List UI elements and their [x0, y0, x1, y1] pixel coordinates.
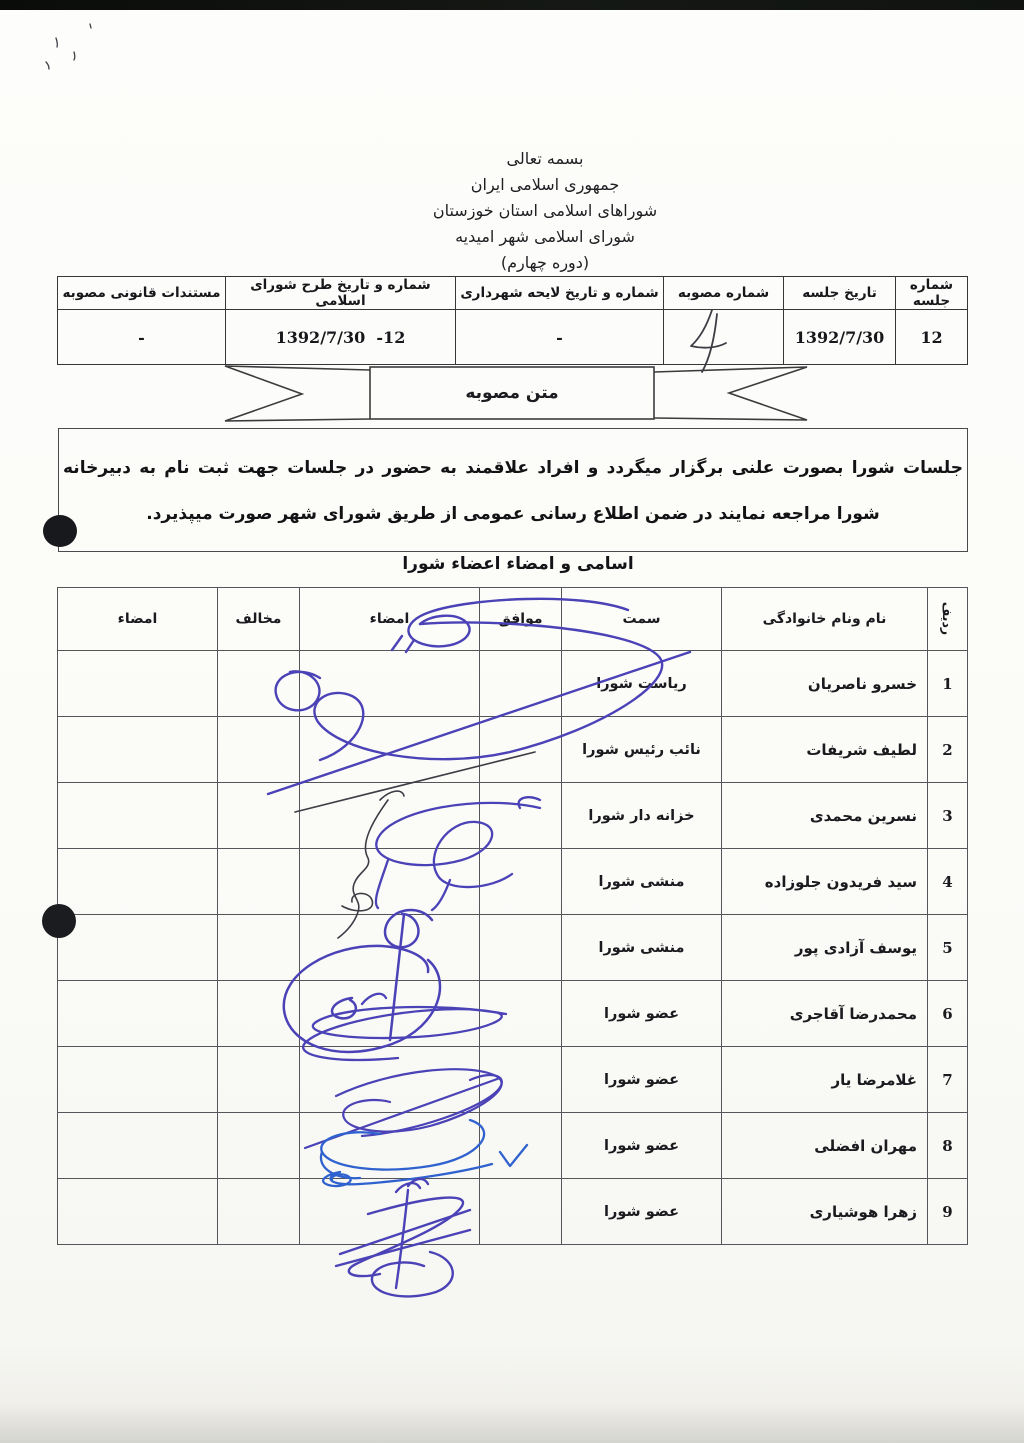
document-header: بسمه تعالی جمهوری اسلامی ایران شوراهای ا… — [433, 146, 657, 276]
agree-cell — [480, 1113, 562, 1179]
signature-cell — [300, 1179, 480, 1245]
col-header-role: سمت — [562, 588, 722, 651]
members-table: ردیف نام ونام خانوادگی سمت موافق امضاء م… — [57, 587, 968, 1245]
signature-cell-2 — [58, 1113, 218, 1179]
oppose-cell — [218, 915, 300, 981]
signature-cell-2 — [58, 651, 218, 717]
agree-cell — [480, 651, 562, 717]
header-bismillah: بسمه تعالی — [433, 146, 657, 172]
member-role: خزانه دار شورا — [562, 783, 722, 849]
member-name: لطیف شریفات — [722, 717, 928, 783]
oppose-cell — [218, 651, 300, 717]
ribbon-right-tail — [654, 367, 807, 420]
members-section-title: اسامی و امضاء اعضاء شورا — [402, 554, 633, 574]
signature-cell-2 — [58, 849, 218, 915]
signature-cell-2 — [58, 915, 218, 981]
oppose-cell — [218, 717, 300, 783]
meta-header-municipality-bill: شماره و تاریخ لایحه شهرداری — [456, 277, 664, 310]
signature-cell — [300, 717, 480, 783]
signature-cell-2 — [58, 1047, 218, 1113]
signature-cell — [300, 651, 480, 717]
meta-header-legal-docs: مستندات قانونی مصوبه — [58, 277, 226, 310]
agree-cell — [480, 981, 562, 1047]
oppose-cell — [218, 1047, 300, 1113]
resolution-text: جلسات شورا بصورت علنی برگزار میگردد و اف… — [59, 429, 967, 537]
member-name: نسرین محمدی — [722, 783, 928, 849]
meta-value-row: 12 1392/7/30 - 1392/7/30 -12 - — [58, 310, 968, 365]
oppose-cell — [218, 1113, 300, 1179]
row-number: 2 — [928, 717, 968, 783]
row-number: 4 — [928, 849, 968, 915]
col-header-signature: امضاء — [300, 588, 480, 651]
agree-cell — [480, 849, 562, 915]
signature-cell-2 — [58, 783, 218, 849]
signature-cell-2 — [58, 717, 218, 783]
agree-cell — [480, 783, 562, 849]
header-province-councils: شوراهای اسلامی استان خوزستان — [433, 198, 657, 224]
member-role: ریاست شورا — [562, 651, 722, 717]
oppose-cell — [218, 783, 300, 849]
meta-header-session-date: تاریخ جلسه — [784, 277, 896, 310]
banner-title: متن مصوبه — [370, 368, 654, 418]
resolution-text-box: جلسات شورا بصورت علنی برگزار میگردد و اف… — [58, 428, 968, 552]
signature-cell — [300, 783, 480, 849]
col-header-row-no: ردیف — [928, 588, 968, 651]
member-name: یوسف آزادی پور — [722, 915, 928, 981]
meta-header-resolution-no: شماره مصوبه — [664, 277, 784, 310]
member-row-9: 9 زهرا هوشیاری عضو شورا — [58, 1179, 968, 1245]
col-header-signature-2: امضاء — [58, 588, 218, 651]
row-number: 7 — [928, 1047, 968, 1113]
member-role: منشی شورا — [562, 915, 722, 981]
meta-header-row: شماره جلسه تاریخ جلسه شماره مصوبه شماره … — [58, 277, 968, 310]
header-country: جمهوری اسلامی ایران — [433, 172, 657, 198]
member-name: زهرا هوشیاری — [722, 1179, 928, 1245]
member-row-8: 8 مهران افضلی عضو شورا — [58, 1113, 968, 1179]
member-row-4: 4 سید فریدون جلوزاده منشی شورا — [58, 849, 968, 915]
row-number: 6 — [928, 981, 968, 1047]
member-role: منشی شورا — [562, 849, 722, 915]
ribbon-left-tail — [225, 366, 370, 421]
header-city-council: شورای اسلامی شهر امیدیه — [433, 224, 657, 250]
member-row-3: 3 نسرین محمدی خزانه دار شورا — [58, 783, 968, 849]
meta-value-legal-docs: - — [58, 310, 226, 365]
signature-cell — [300, 849, 480, 915]
col-header-oppose: مخالف — [218, 588, 300, 651]
member-role: عضو شورا — [562, 1179, 722, 1245]
member-row-1: 1 خسرو ناصریان ریاست شورا — [58, 651, 968, 717]
member-row-6: 6 محمدرضا آقاجری عضو شورا — [58, 981, 968, 1047]
member-row-7: 7 غلامرضا یار عضو شورا — [58, 1047, 968, 1113]
row-number: 8 — [928, 1113, 968, 1179]
member-row-5: 5 یوسف آزادی پور منشی شورا — [58, 915, 968, 981]
scan-speckles — [46, 24, 91, 69]
scan-edge-artifact — [0, 0, 1024, 10]
scanned-document-page: بسمه تعالی جمهوری اسلامی ایران شوراهای ا… — [0, 0, 1024, 1443]
row-number: 9 — [928, 1179, 968, 1245]
signature-cell-2 — [58, 1179, 218, 1245]
meta-value-municipality-bill: - — [456, 310, 664, 365]
signature-cell — [300, 1113, 480, 1179]
row-number: 3 — [928, 783, 968, 849]
col-header-name: نام ونام خانوادگی — [722, 588, 928, 651]
agree-cell — [480, 717, 562, 783]
member-row-2: 2 لطیف شریفات نائب رئیس شورا — [58, 717, 968, 783]
signature-cell — [300, 981, 480, 1047]
member-name: سید فریدون جلوزاده — [722, 849, 928, 915]
meta-value-session-no: 12 — [896, 310, 968, 365]
member-role: عضو شورا — [562, 981, 722, 1047]
agree-cell — [480, 1179, 562, 1245]
meta-value-resolution-no — [664, 310, 784, 365]
signature-cell-2 — [58, 981, 218, 1047]
member-name: غلامرضا یار — [722, 1047, 928, 1113]
scan-bottom-shading — [0, 1403, 1024, 1443]
member-name: مهران افضلی — [722, 1113, 928, 1179]
member-role: عضو شورا — [562, 1113, 722, 1179]
header-term: (دوره چهارم) — [433, 250, 657, 276]
signature-cell — [300, 1047, 480, 1113]
meta-value-council-plan: 1392/7/30 -12 — [226, 310, 456, 365]
signature-cell — [300, 915, 480, 981]
member-name: محمدرضا آقاجری — [722, 981, 928, 1047]
meta-value-session-date: 1392/7/30 — [784, 310, 896, 365]
agree-cell — [480, 1047, 562, 1113]
oppose-cell — [218, 981, 300, 1047]
meta-header-session-no: شماره جلسه — [896, 277, 968, 310]
col-header-agree: موافق — [480, 588, 562, 651]
member-name: خسرو ناصریان — [722, 651, 928, 717]
member-role: عضو شورا — [562, 1047, 722, 1113]
agree-cell — [480, 915, 562, 981]
oppose-cell — [218, 1179, 300, 1245]
row-number: 5 — [928, 915, 968, 981]
meta-header-council-plan: شماره و تاریخ طرح شورای اسلامی — [226, 277, 456, 310]
resolution-meta-table: شماره جلسه تاریخ جلسه شماره مصوبه شماره … — [57, 276, 968, 365]
row-number: 1 — [928, 651, 968, 717]
member-role: نائب رئیس شورا — [562, 717, 722, 783]
oppose-cell — [218, 849, 300, 915]
members-header-row: ردیف نام ونام خانوادگی سمت موافق امضاء م… — [58, 588, 968, 651]
